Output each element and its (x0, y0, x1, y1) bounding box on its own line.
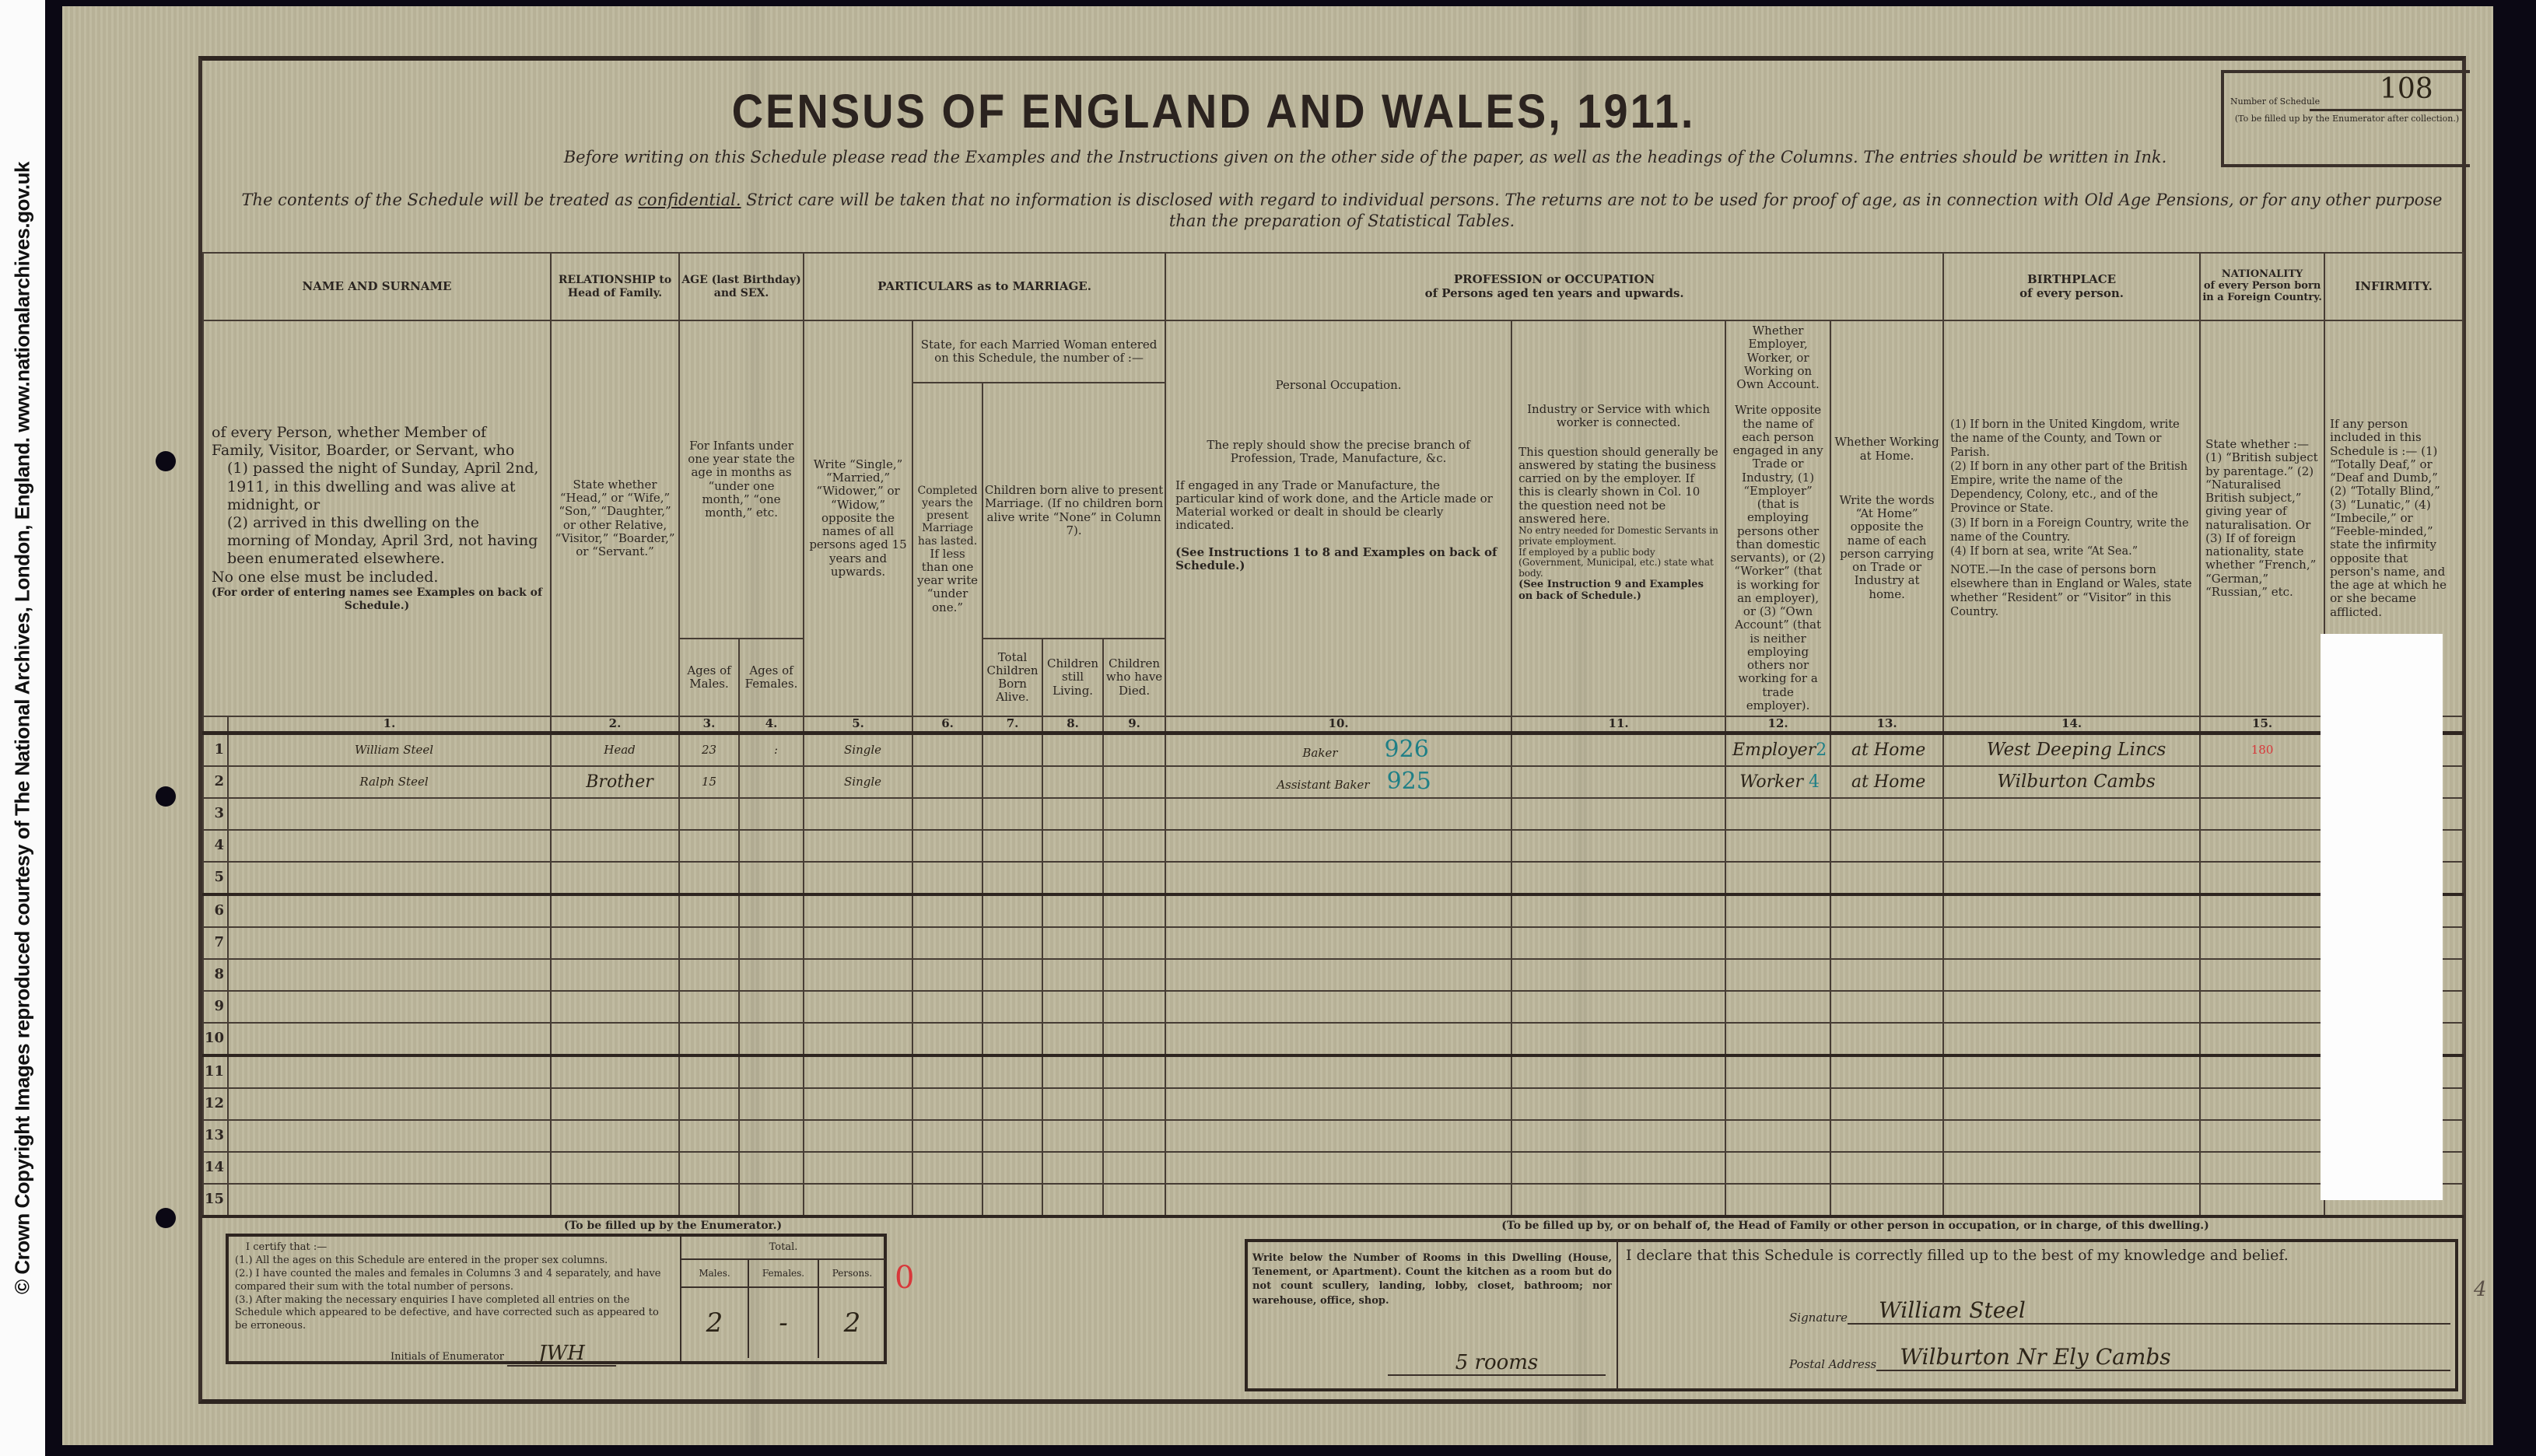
table-row: 10 (203, 1023, 2463, 1055)
table-row: 4 (203, 830, 2463, 862)
redaction-block (2321, 634, 2443, 1200)
instruction-line: Before writing on this Schedule please r… (510, 148, 2221, 166)
table-row: 3 (203, 798, 2463, 830)
enumerator-heading: (To be filled up by the Enumerator.) (440, 1220, 906, 1232)
rooms-instruction: Write below the Number of Rooms in this … (1252, 1251, 1612, 1308)
ages-of-males-header: Ages of Males. (679, 639, 739, 716)
occupation-code: 926 (1385, 736, 1429, 763)
total-females[interactable]: - (749, 1288, 819, 1358)
name-cell[interactable]: William Steel (228, 733, 551, 767)
census-schedule-page: CENSUS OF ENGLAND AND WALES, 1911. Befor… (62, 6, 2493, 1445)
age-female-cell[interactable]: : (739, 733, 804, 767)
census-table: NAME AND SURNAME RELATIONSHIP to Head of… (202, 252, 2464, 1218)
table-row: 14 (203, 1152, 2463, 1184)
punch-hole (156, 451, 176, 471)
age-instructions: For Infants under one year state the age… (679, 320, 804, 639)
years-married-cell[interactable] (912, 733, 983, 767)
punch-hole (156, 1208, 176, 1228)
copyright-sidebar: © Crown Copyright Images reproduced cour… (0, 0, 45, 1456)
years-married-cell[interactable] (912, 766, 983, 798)
header-birthplace: BIRTHPLACE of every person. (1943, 253, 2200, 320)
children-living-cell[interactable] (1042, 733, 1103, 767)
table-row: 9 (203, 991, 2463, 1023)
total-persons[interactable]: 2 (819, 1288, 885, 1358)
table-row: 1 William Steel Head 23 : Single Baker92… (203, 733, 2463, 767)
marriage-status-instructions: Write “Single,” “Married,” “Widower,” or… (804, 320, 912, 716)
at-home-cell[interactable]: at Home (1830, 733, 1943, 767)
signature-label: Signature (1789, 1311, 1848, 1325)
enumerator-certificate-box: I certify that :— (1.) All the ages on t… (226, 1234, 887, 1364)
nationality-instructions: State whether :— (1) “British subject by… (2200, 320, 2324, 716)
employment-cell[interactable]: Worker 4 (1725, 766, 1830, 798)
industry-cell[interactable] (1511, 733, 1725, 767)
children-died-cell[interactable] (1103, 733, 1165, 767)
relationship-cell[interactable]: Head (551, 733, 679, 767)
enumerator-certification: I certify that :— (1.) All the ages on t… (235, 1241, 671, 1367)
table-row: 7 (203, 927, 2463, 959)
schedule-number-value[interactable]: 108 (2380, 73, 2433, 105)
copyright-watermark: © Crown Copyright Images reproduced cour… (11, 162, 35, 1294)
postal-address-line: Postal Address Wilburton Nr Ely Cambs (1789, 1344, 2450, 1371)
rooms-box: Write below the Number of Rooms in this … (1245, 1239, 1618, 1391)
employment-instructions: Whether Employer, Worker, or Working on … (1725, 320, 1830, 716)
schedule-number-box: Number of Schedule 108 (To be filled up … (2221, 70, 2470, 167)
table-row: 13 (203, 1120, 2463, 1152)
nationality-cell[interactable] (2200, 766, 2324, 798)
header-name: NAME AND SURNAME (203, 253, 551, 320)
age-male-cell[interactable]: 15 (679, 766, 739, 798)
totals-box: Total. Males. Females. Persons. 2 - 2 (680, 1237, 885, 1361)
name-instructions: of every Person, whether Member of Famil… (203, 320, 551, 716)
industry-cell[interactable] (1511, 766, 1725, 798)
children-instructions: Children born alive to present Marriage.… (983, 383, 1165, 639)
initials-value[interactable]: JWH (507, 1342, 616, 1367)
relationship-instructions: State whether “Head,” or “Wife,” “Son,” … (551, 320, 679, 716)
industry-instructions: Industry or Service with which worker is… (1511, 320, 1725, 716)
children-died-header: Children who have Died. (1103, 639, 1165, 716)
margin-pencil-mark: 4 (2474, 1278, 2487, 1301)
children-died-cell[interactable] (1103, 766, 1165, 798)
column-number-row: 1. 2. 3. 4. 5. 6. 7. 8. 9. 10. 11. 12. 1… (203, 716, 2463, 733)
postal-address-label: Postal Address (1789, 1357, 1876, 1371)
header-nationality: NATIONALITY of every Person born in a Fo… (2200, 253, 2324, 320)
table-row: 6 (203, 894, 2463, 927)
birthplace-cell[interactable]: West Deeping Lincs (1943, 733, 2200, 767)
confidentiality-notice: The contents of the Schedule will be tre… (226, 190, 2458, 233)
confidential-word: confidential. (638, 191, 741, 209)
nationality-cell[interactable]: 180 (2200, 733, 2324, 767)
marriage-cell[interactable]: Single (804, 733, 912, 767)
schedule-number-note: (To be filled up by the Enumerator after… (2229, 114, 2465, 124)
header-relationship: RELATIONSHIP to Head of Family. (551, 253, 679, 320)
red-check-mark: 0 (895, 1260, 914, 1296)
table-row: 15 (203, 1184, 2463, 1216)
table-row: 12 (203, 1088, 2463, 1120)
age-male-cell[interactable]: 23 (679, 733, 739, 767)
table-row: 2 Ralph Steel Brother 15 Single Assistan… (203, 766, 2463, 798)
years-married-instructions: Completed years the present Marriage has… (912, 383, 983, 716)
schedule-number-label: Number of Schedule (2230, 96, 2320, 107)
header-infirmity: INFIRMITY. (2324, 253, 2463, 320)
rooms-value[interactable]: 5 rooms (1388, 1351, 1606, 1376)
page-title: CENSUS OF ENGLAND AND WALES, 1911. (202, 83, 2225, 139)
birthplace-instructions: (1) If born in the United Kingdom, write… (1943, 320, 2200, 716)
children-born-cell[interactable] (983, 733, 1042, 767)
table-row: 11 (203, 1055, 2463, 1088)
at-home-cell[interactable]: at Home (1830, 766, 1943, 798)
signature-line: Signature William Steel (1789, 1297, 2450, 1325)
postal-address-value[interactable]: Wilburton Nr Ely Cambs (1876, 1344, 2450, 1371)
occupation-code: 925 (1387, 768, 1431, 795)
declaration-text: I declare that this Schedule is correctl… (1626, 1247, 2450, 1264)
birthplace-cell[interactable]: Wilburton Cambs (1943, 766, 2200, 798)
relationship-cell[interactable]: Brother (551, 766, 679, 798)
punch-hole (156, 786, 176, 807)
header-age: AGE (last Birthday) and SEX. (679, 253, 804, 320)
marriage-cell[interactable]: Single (804, 766, 912, 798)
working-at-home-instructions: Whether Working at Home. Write the words… (1830, 320, 1943, 716)
employment-cell[interactable]: Employer2 (1725, 733, 1830, 767)
signature-value[interactable]: William Steel (1848, 1297, 2450, 1325)
occupation-cell[interactable]: Baker926 (1165, 733, 1511, 767)
children-living-cell[interactable] (1042, 766, 1103, 798)
married-woman-instructions: State, for each Married Woman entered on… (912, 320, 1165, 383)
total-males[interactable]: 2 (681, 1288, 749, 1358)
ages-of-females-header: Ages of Females. (739, 639, 804, 716)
occupation-cell[interactable]: Assistant Baker925 (1165, 766, 1511, 798)
household-heading: (To be filled up by, or on behalf of, th… (1249, 1220, 2462, 1232)
children-living-header: Children still Living. (1042, 639, 1103, 716)
table-row: 5 (203, 862, 2463, 894)
total-children-header: Total Children Born Alive. (983, 639, 1042, 716)
header-occupation: PROFESSION or OCCUPATION of Persons aged… (1165, 253, 1943, 320)
header-marriage: PARTICULARS as to MARRIAGE. (804, 253, 1165, 320)
children-born-cell[interactable] (983, 766, 1042, 798)
table-row: 8 (203, 959, 2463, 991)
name-cell[interactable]: Ralph Steel (228, 766, 551, 798)
age-female-cell[interactable] (739, 766, 804, 798)
occupation-instructions: Personal Occupation. The reply should sh… (1165, 320, 1511, 716)
initials-label: Initials of Enumerator (391, 1351, 504, 1363)
schedule-form: CENSUS OF ENGLAND AND WALES, 1911. Befor… (198, 56, 2466, 1404)
